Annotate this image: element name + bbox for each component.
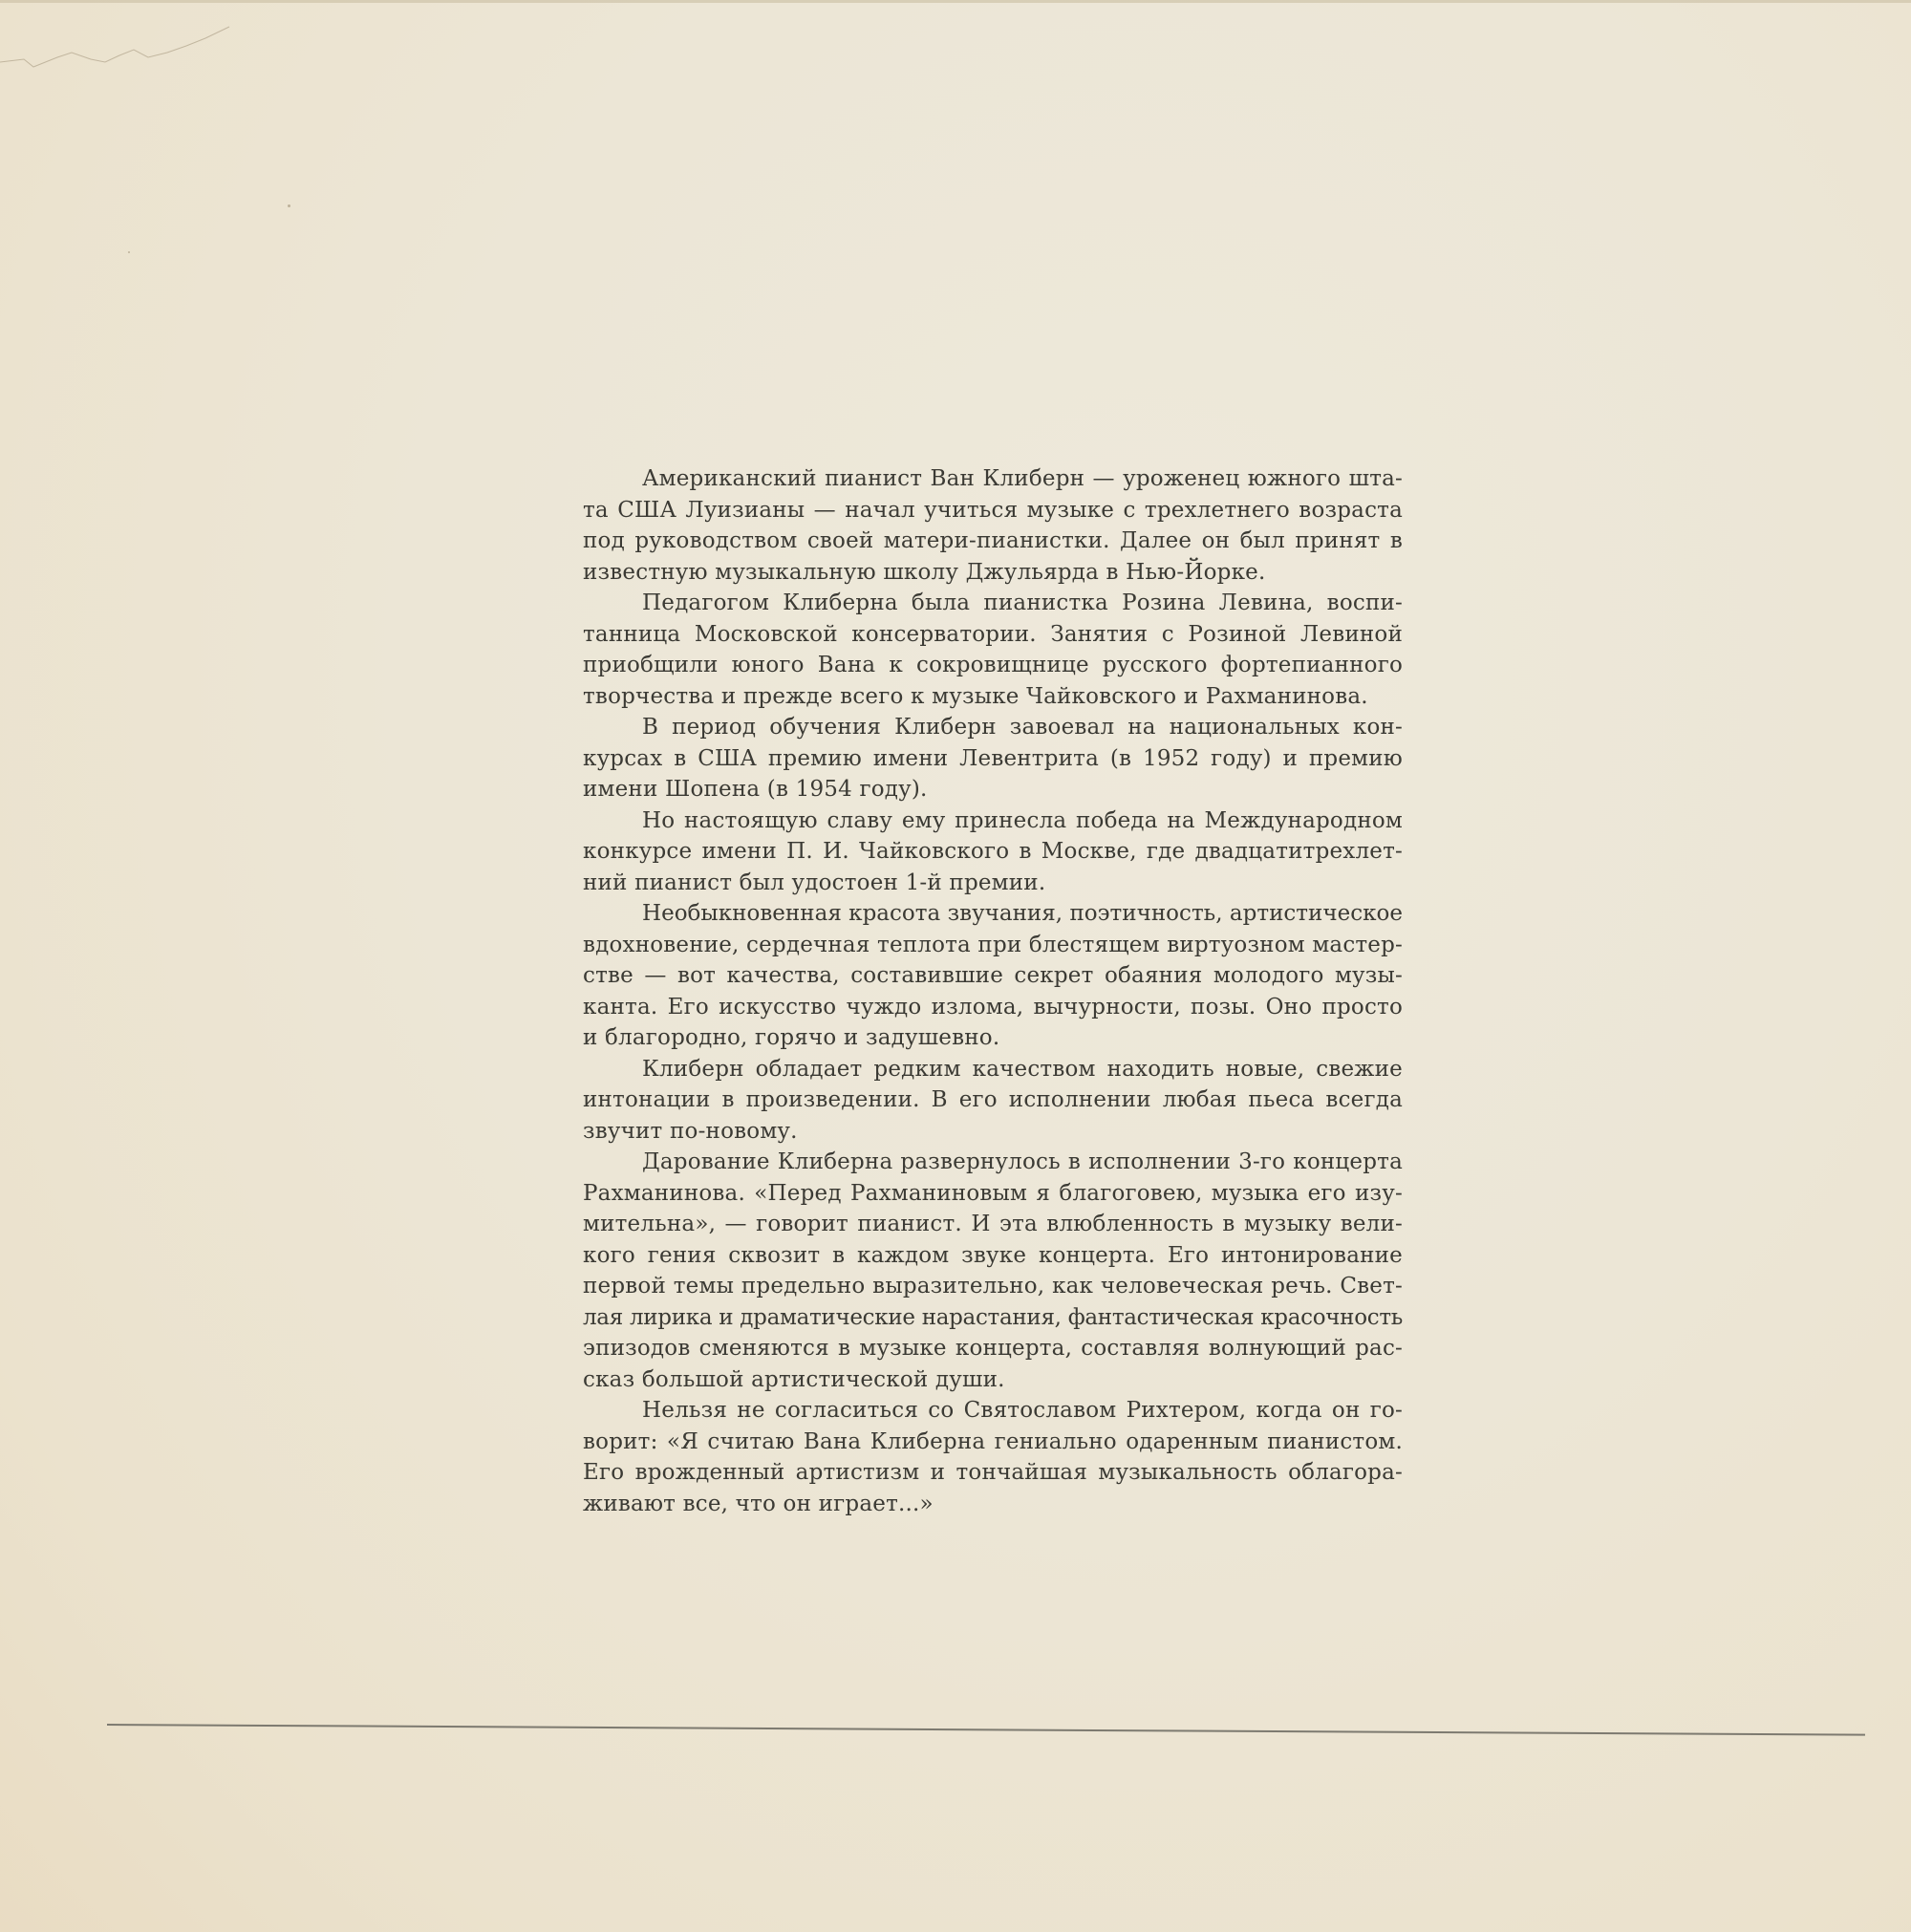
text-line: первой темы предельно выразительно, как … [583, 1271, 1403, 1302]
text-line: ворит: «Я считаю Вана Клиберна гениально… [583, 1427, 1403, 1458]
paragraph: Клиберн обладает редким качеством находи… [583, 1054, 1403, 1148]
text-line: и благородно, горячо и задушевно. [583, 1022, 1403, 1054]
text-line: Необыкновенная красота звучания, поэтичн… [583, 898, 1403, 930]
text-line: Педагогом Клиберна была пианистка Розина… [583, 588, 1403, 619]
paper-speck [128, 251, 130, 253]
text-line: имени Шопена (в 1954 году). [583, 774, 1403, 805]
page-top-edge [0, 0, 1911, 3]
text-line: под руководством своей матери-пианистки.… [583, 526, 1403, 557]
text-line: эпизодов сменяются в музыке концерта, со… [583, 1333, 1403, 1364]
text-line: Его врожденный артистизм и тончайшая муз… [583, 1457, 1403, 1489]
paragraph: Но настоящую славу ему принесла победа н… [583, 805, 1403, 899]
paragraph: Педагогом Клиберна была пианистка Розина… [583, 588, 1403, 712]
text-line: курсах в США премию имени Левентрита (в … [583, 743, 1403, 775]
article-text: Американский пианист Ван Клиберн — уроже… [583, 463, 1403, 1519]
paragraph: Дарование Клиберна развернулось в исполн… [583, 1147, 1403, 1395]
paragraph: В период обучения Клиберн завоевал на на… [583, 712, 1403, 805]
text-line: лая лирика и драматические нарастания, ф… [583, 1302, 1403, 1334]
paper-speck [288, 204, 290, 207]
text-line: Но настоящую славу ему принесла победа н… [583, 805, 1403, 837]
text-line: В период обучения Клиберн завоевал на на… [583, 712, 1403, 743]
text-line: танница Московской консерватории. Заняти… [583, 619, 1403, 651]
text-line: вдохновение, сердечная теплота при блест… [583, 930, 1403, 961]
text-line: творчества и прежде всего к музыке Чайко… [583, 681, 1403, 713]
text-line: приобщили юного Вана к сокровищнице русс… [583, 650, 1403, 681]
text-line: Клиберн обладает редким качеством находи… [583, 1054, 1403, 1085]
text-line: живают все, что он играет...» [583, 1489, 1403, 1520]
text-line: сказ большой артистической души. [583, 1364, 1403, 1396]
paragraph: Американский пианист Ван Клиберн — уроже… [583, 463, 1403, 588]
text-line: известную музыкальную школу Джульярда в … [583, 557, 1403, 589]
text-line: Американский пианист Ван Клиберн — уроже… [583, 463, 1403, 495]
text-line: кого гения сквозит в каждом звуке концер… [583, 1240, 1403, 1272]
text-line: мительна», — говорит пианист. И эта влюб… [583, 1209, 1403, 1240]
text-line: Нельзя не согласиться со Святославом Рих… [583, 1395, 1403, 1427]
text-line: та США Луизианы — начал учиться музыке с… [583, 495, 1403, 526]
text-line: интонации в произведении. В его исполнен… [583, 1084, 1403, 1116]
text-line: конкурсе имени П. И. Чайковского в Москв… [583, 836, 1403, 868]
text-line: канта. Его искусство чуждо излома, вычур… [583, 992, 1403, 1023]
horizontal-rule [107, 1724, 1865, 1736]
text-line: Рахманинова. «Перед Рахманиновым я благо… [583, 1178, 1403, 1210]
paragraph: Необыкновенная красота звучания, поэтичн… [583, 898, 1403, 1054]
paper-crease [0, 19, 248, 76]
text-line: стве — вот качества, составившие секрет … [583, 960, 1403, 992]
text-line: звучит по-новому. [583, 1116, 1403, 1148]
text-line: ний пианист был удостоен 1-й премии. [583, 868, 1403, 899]
paragraph: Нельзя не согласиться со Святославом Рих… [583, 1395, 1403, 1519]
text-line: Дарование Клиберна развернулось в исполн… [583, 1147, 1403, 1178]
